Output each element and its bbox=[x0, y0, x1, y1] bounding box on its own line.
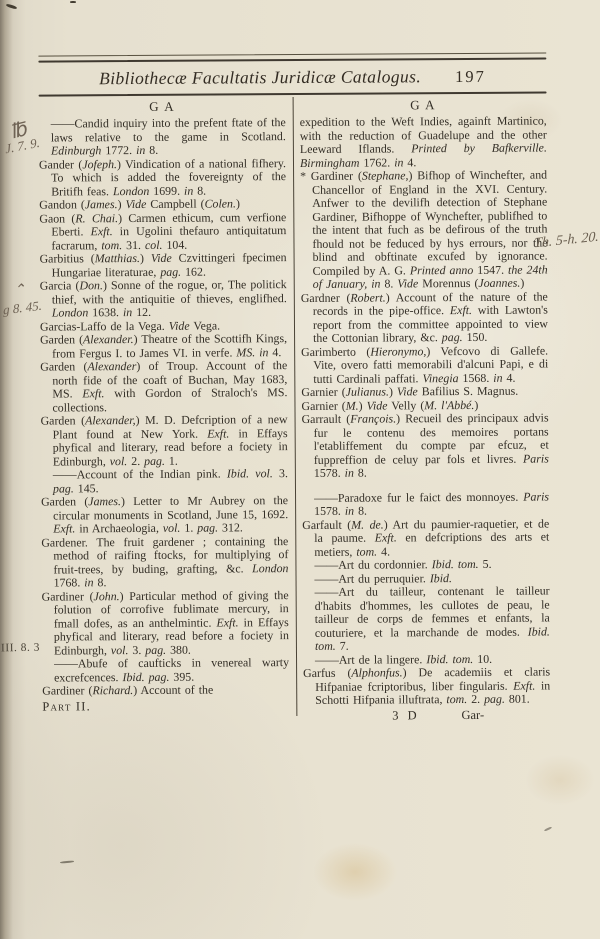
marginalia-shelfmark-3: III. 8. 3 bbox=[1, 642, 40, 655]
page-title: Bibliothecæ Facultatis Juridicæ Catalogu… bbox=[99, 66, 421, 89]
catalog-entry: ——Candid inquiry into the prefent ftate … bbox=[39, 116, 286, 158]
catalog-entry: Garden (Alexander) of Troup. Account of … bbox=[40, 359, 287, 415]
left-column-body: ——Candid inquiry into the prefent ftate … bbox=[39, 116, 290, 698]
catchword: Gar- bbox=[461, 707, 484, 722]
catalog-entry: Garcia (Don.) Sonne of the rogue, or, Th… bbox=[40, 278, 287, 320]
catalog-entry: Gardner (Robert.) Account of the nature … bbox=[301, 290, 548, 346]
catalog-entry: Gardiner (Richard.) Account of the bbox=[42, 683, 289, 698]
page-number: 197 bbox=[455, 67, 486, 87]
catalog-entry: Garfault (M. de.) Art du paumier-raqueti… bbox=[302, 517, 549, 559]
catalog-entry: Garden (Alexander,) M. D. Defcription of… bbox=[41, 413, 288, 469]
signature-mark: 3 D bbox=[392, 708, 419, 723]
catalog-entry: ——Paradoxe fur le faict des monnoyes. Pa… bbox=[302, 490, 549, 519]
ink-speck bbox=[60, 860, 74, 863]
catalog-entry: Garden (James.) Letter to Mr Aubrey on t… bbox=[41, 494, 288, 536]
ink-speck bbox=[544, 826, 552, 831]
catalog-entry: ——Account of the Indian pink. Ibid. vol.… bbox=[41, 467, 288, 496]
signature-line: 3 D Gar- bbox=[303, 707, 550, 724]
catalog-entry: Gaon (R. Chai.) Carmen ethicum, cum verf… bbox=[39, 211, 286, 253]
catalog-entry: Garbitius (Matthias.) Vide Czvittingeri … bbox=[40, 251, 287, 280]
header-rule-top-thin bbox=[38, 52, 546, 56]
part-label: Part II. bbox=[42, 698, 289, 715]
page-content: Bibliothecæ Facultatis Juridicæ Catalogu… bbox=[0, 0, 600, 725]
catalog-entry: Garden (Alexander.) Theatre of the Scott… bbox=[40, 332, 287, 361]
catalog-entry: ——Art du tailleur, contenant le tailleur… bbox=[303, 584, 550, 653]
catalog-entry: Gardener. The fruit gardener ; containin… bbox=[41, 535, 288, 591]
right-column: G A expedition to the Weft Indies, again… bbox=[300, 95, 551, 723]
title-row: Bibliothecæ Facultatis Juridicæ Catalogu… bbox=[38, 59, 546, 94]
catalog-entry: ——Abufe of caufticks in venereal warty e… bbox=[42, 656, 289, 685]
catalog-page: Bibliothecæ Facultatis Juridicæ Catalogu… bbox=[0, 0, 600, 939]
catalog-entry: expedition to the Weft Indies, againft M… bbox=[300, 114, 547, 170]
column-divider-rule bbox=[293, 97, 298, 715]
text-columns: G A ——Candid inquiry into the prefent ft… bbox=[39, 95, 551, 725]
marginalia-caret: ⌃ bbox=[13, 281, 27, 299]
catalog-entry: Garfus (Alphonfus.) De academiis et clar… bbox=[303, 665, 550, 707]
column-header-left: G A bbox=[39, 98, 286, 116]
catalog-entry: * Gardiner (Stephane,) Bifhop of Winchef… bbox=[300, 168, 548, 291]
catalog-entry: Gander (Jofeph.) Vindication of a nation… bbox=[39, 157, 286, 199]
catalog-entry: Garrault (François.) Recueil des princip… bbox=[302, 411, 549, 480]
catalog-entry: Garimberto (Hieronymo,) Vefcovo di Galle… bbox=[301, 344, 548, 386]
left-column: G A ——Candid inquiry into the prefent ft… bbox=[39, 97, 290, 725]
column-header-right: G A bbox=[300, 96, 547, 114]
right-column-body: expedition to the Weft Indies, againft M… bbox=[300, 114, 551, 707]
catalog-entry: Gardiner (John.) Particular method of gi… bbox=[42, 589, 289, 658]
page-header: Bibliothecæ Facultatis Juridicæ Catalogu… bbox=[38, 52, 546, 96]
